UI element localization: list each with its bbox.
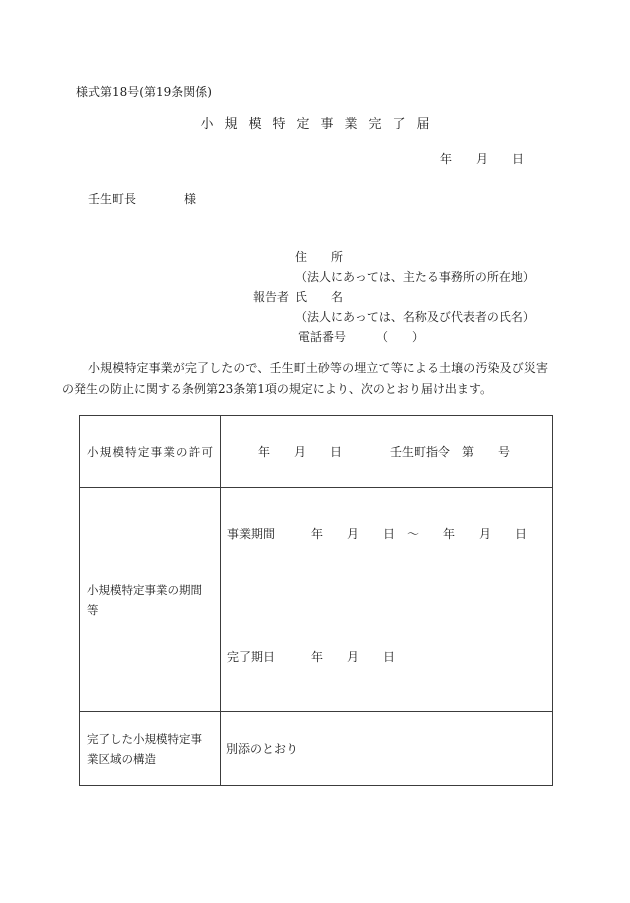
table-row-structure-label-text: 完了した小規模特定事業区域の構造 xyxy=(87,729,213,769)
table-row-structure-label: 完了した小規模特定事業区域の構造 xyxy=(80,711,221,785)
table-row-permit-label: 小規模特定事業の許可 xyxy=(80,416,221,487)
date-line: 年 月 日 xyxy=(440,153,524,165)
structure-attached-text: 別添のとおり xyxy=(226,743,298,755)
table-row-permit-value: 年 月 日 壬生町指令 第 号 xyxy=(221,416,552,487)
reporter-label: 報告者 xyxy=(253,291,289,303)
table-row-period-label-text: 小規模特定事業の期間等 xyxy=(87,580,213,620)
table-row-permit-label-text: 小規模特定事業の許可 xyxy=(87,442,213,462)
reporter-name-label: 氏 名 xyxy=(295,291,343,303)
reporter-phone-line: 電話番号 （ ） xyxy=(298,331,424,343)
form-table: 小規模特定事業の許可 年 月 日 壬生町指令 第 号 小規模特定事業の期間等 事… xyxy=(79,415,553,786)
addressee-line: 壬生町長 様 xyxy=(88,193,196,205)
document-page: 様式第18号(第19条関係) 小規模特定事業完了届 年 月 日 壬生町長 様 報… xyxy=(0,0,630,903)
reporter-address-label: 住 所 xyxy=(295,251,343,263)
reporter-address-note: （法人にあっては、主たる事務所の所在地） xyxy=(295,271,535,283)
form-number: 様式第18号(第19条関係) xyxy=(76,86,212,98)
body-paragraph: 小規模特定事業が完了したので、壬生町土砂等の埋立て等による土壌の汚染及び災害の発… xyxy=(62,358,548,400)
table-row-period-value: 事業期間 年 月 日 ～ 年 月 日 完了期日 年 月 日 xyxy=(221,487,552,711)
table-row-structure-value: 別添のとおり xyxy=(221,711,552,785)
document-title: 小規模特定事業完了届 xyxy=(0,118,630,131)
business-period-line: 事業期間 年 月 日 ～ 年 月 日 xyxy=(227,528,527,540)
table-row-period-label: 小規模特定事業の期間等 xyxy=(80,487,221,711)
reporter-name-note: （法人にあっては、名称及び代表者の氏名） xyxy=(295,311,535,323)
completion-date-line: 完了期日 年 月 日 xyxy=(227,651,395,663)
permit-date-directive-text: 年 月 日 壬生町指令 第 号 xyxy=(258,446,510,458)
